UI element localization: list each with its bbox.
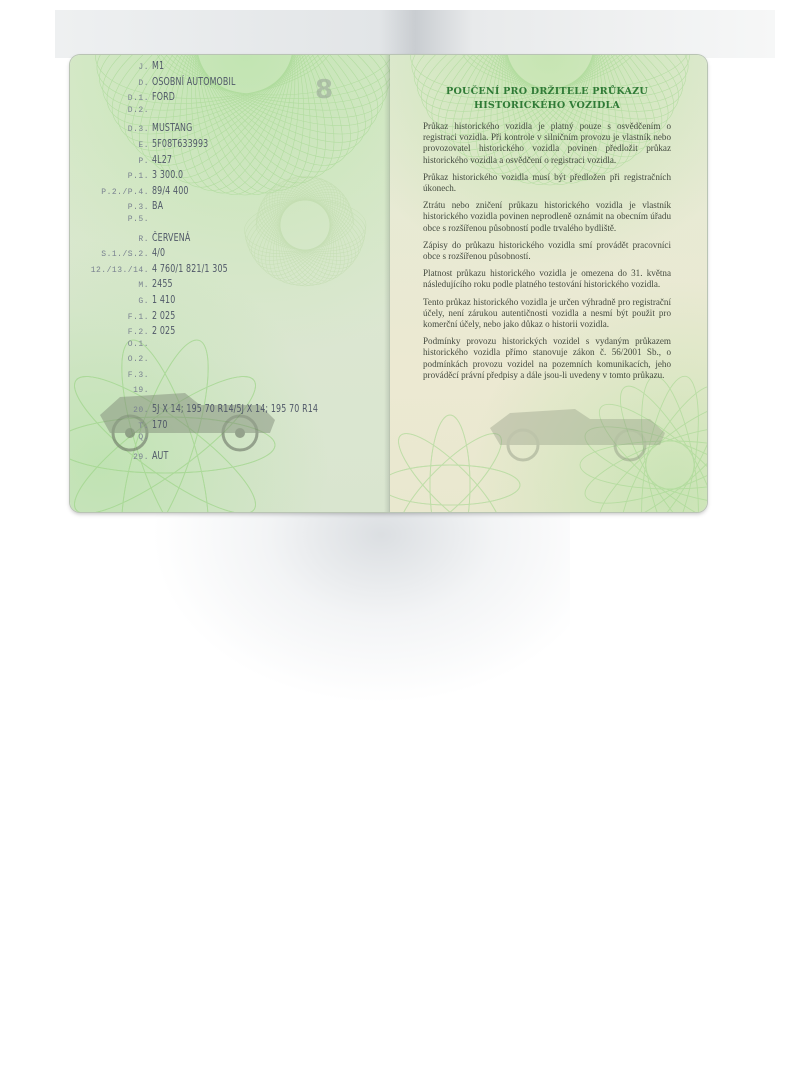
field-code: T. <box>70 422 152 431</box>
title-line-1: POUČENÍ PRO DRŽITELE PRŮKAZU <box>423 85 671 99</box>
field-row: P.4L27 <box>70 153 390 169</box>
instruction-paragraph: Tento průkaz historického vozidla je urč… <box>423 297 671 331</box>
field-value: 2 025 <box>152 309 175 322</box>
field-code: Q. <box>70 433 152 442</box>
field-row: F.3. <box>70 371 390 387</box>
field-code: P.5. <box>70 215 152 224</box>
left-page: 8 J.M1D.OSOBNÍ AUTOMOBILD.1.FORDD.2.D.3.… <box>70 55 390 512</box>
instruction-paragraph: Podmínky provozu historických vozidel s … <box>423 336 671 381</box>
right-page: POUČENÍ PRO DRŽITELE PRŮKAZU HISTORICKÉH… <box>390 55 707 512</box>
field-code: 29. <box>70 453 152 462</box>
field-value: 5F08T633993 <box>152 137 208 150</box>
field-row: E.5F08T633993 <box>70 137 390 153</box>
field-code: O.1. <box>70 340 152 349</box>
instruction-paragraph: Průkaz historického vozidla je platný po… <box>423 121 671 166</box>
field-value: M1 <box>152 59 164 72</box>
field-row: D.OSOBNÍ AUTOMOBIL <box>70 75 390 91</box>
field-code: 20. <box>70 406 152 415</box>
field-code: E. <box>70 141 152 150</box>
field-code: O.2. <box>70 355 152 364</box>
field-row: R.ČERVENÁ <box>70 231 390 247</box>
field-row: M.2455 <box>70 277 390 293</box>
field-value: FORD <box>152 90 175 103</box>
field-code: F.2. <box>70 328 152 337</box>
field-code: D.3. <box>70 125 152 134</box>
field-row: D.1.FORD <box>70 90 390 106</box>
holder-instructions: POUČENÍ PRO DRŽITELE PRŮKAZU HISTORICKÉH… <box>423 85 671 387</box>
field-code: D.1. <box>70 94 152 103</box>
field-value: 1 410 <box>152 293 175 306</box>
field-row: S.1./S.2.4/0 <box>70 246 390 262</box>
field-row: O.1. <box>70 340 390 356</box>
field-row: T.170 <box>70 418 390 434</box>
field-value: 89/4 400 <box>152 184 189 197</box>
field-value: 5J X 14; 195 70 R14/5J X 14; 195 70 R14 <box>152 402 318 415</box>
field-row: D.3.MUSTANG <box>70 121 390 137</box>
field-value: 4/0 <box>152 246 165 259</box>
field-value: MUSTANG <box>152 121 192 134</box>
vintage-car-icon <box>485 393 675 463</box>
field-code: P.2./P.4. <box>70 188 152 197</box>
field-value: AUT <box>152 449 168 462</box>
field-row: F.2.2 025 <box>70 324 390 340</box>
field-value: BA <box>152 199 163 212</box>
instructions-title: POUČENÍ PRO DRŽITELE PRŮKAZU HISTORICKÉH… <box>423 85 671 113</box>
field-code: J. <box>70 63 152 72</box>
field-code: R. <box>70 235 152 244</box>
field-row: D.2. <box>70 106 390 122</box>
instruction-paragraphs: Průkaz historického vozidla je platný po… <box>423 121 671 381</box>
field-code: M. <box>70 281 152 290</box>
field-value: 170 <box>152 418 168 431</box>
scanner-shadow-bottom <box>150 505 570 705</box>
field-row: 19. <box>70 386 390 402</box>
instruction-paragraph: Platnost průkazu historického vozidla je… <box>423 268 671 290</box>
field-row: J.M1 <box>70 59 390 75</box>
field-row: P.5. <box>70 215 390 231</box>
field-value: OSOBNÍ AUTOMOBIL <box>152 75 236 88</box>
instruction-paragraph: Průkaz historického vozidla musí být pře… <box>423 172 671 194</box>
field-code: P. <box>70 157 152 166</box>
field-code: S.1./S.2. <box>70 250 152 259</box>
field-code: G. <box>70 297 152 306</box>
field-code: P.3. <box>70 203 152 212</box>
registration-fields: J.M1D.OSOBNÍ AUTOMOBILD.1.FORDD.2.D.3.MU… <box>70 59 390 464</box>
field-code: F.3. <box>70 371 152 380</box>
field-row: 12./13./14.4 760/1 821/1 305 <box>70 262 390 278</box>
field-value: 4L27 <box>152 153 172 166</box>
field-row: F.1.2 025 <box>70 309 390 325</box>
field-row: P.1.3 300.0 <box>70 168 390 184</box>
scanner-shadow <box>55 10 775 58</box>
field-row: G.1 410 <box>70 293 390 309</box>
field-value: 4 760/1 821/1 305 <box>152 262 228 275</box>
field-row: 29.AUT <box>70 449 390 465</box>
field-row: 20.5J X 14; 195 70 R14/5J X 14; 195 70 R… <box>70 402 390 418</box>
field-row: O.2. <box>70 355 390 371</box>
instruction-paragraph: Ztrátu nebo zničení průkazu historického… <box>423 200 671 234</box>
field-value: 3 300.0 <box>152 168 183 181</box>
title-line-2: HISTORICKÉHO VOZIDLA <box>423 99 671 113</box>
field-value: ČERVENÁ <box>152 231 190 244</box>
field-code: D. <box>70 79 152 88</box>
field-code: D.2. <box>70 106 152 115</box>
field-code: P.1. <box>70 172 152 181</box>
vehicle-document-spread: 8 J.M1D.OSOBNÍ AUTOMOBILD.1.FORDD.2.D.3.… <box>70 55 707 512</box>
instruction-paragraph: Zápisy do průkazu historického vozidla s… <box>423 240 671 262</box>
field-code: 19. <box>70 386 152 395</box>
field-row: P.3.BA <box>70 199 390 215</box>
field-value: 2455 <box>152 277 173 290</box>
field-code: F.1. <box>70 313 152 322</box>
field-code: 12./13./14. <box>70 266 152 275</box>
field-row: P.2./P.4.89/4 400 <box>70 184 390 200</box>
field-row: Q. <box>70 433 390 449</box>
field-value: 2 025 <box>152 324 175 337</box>
